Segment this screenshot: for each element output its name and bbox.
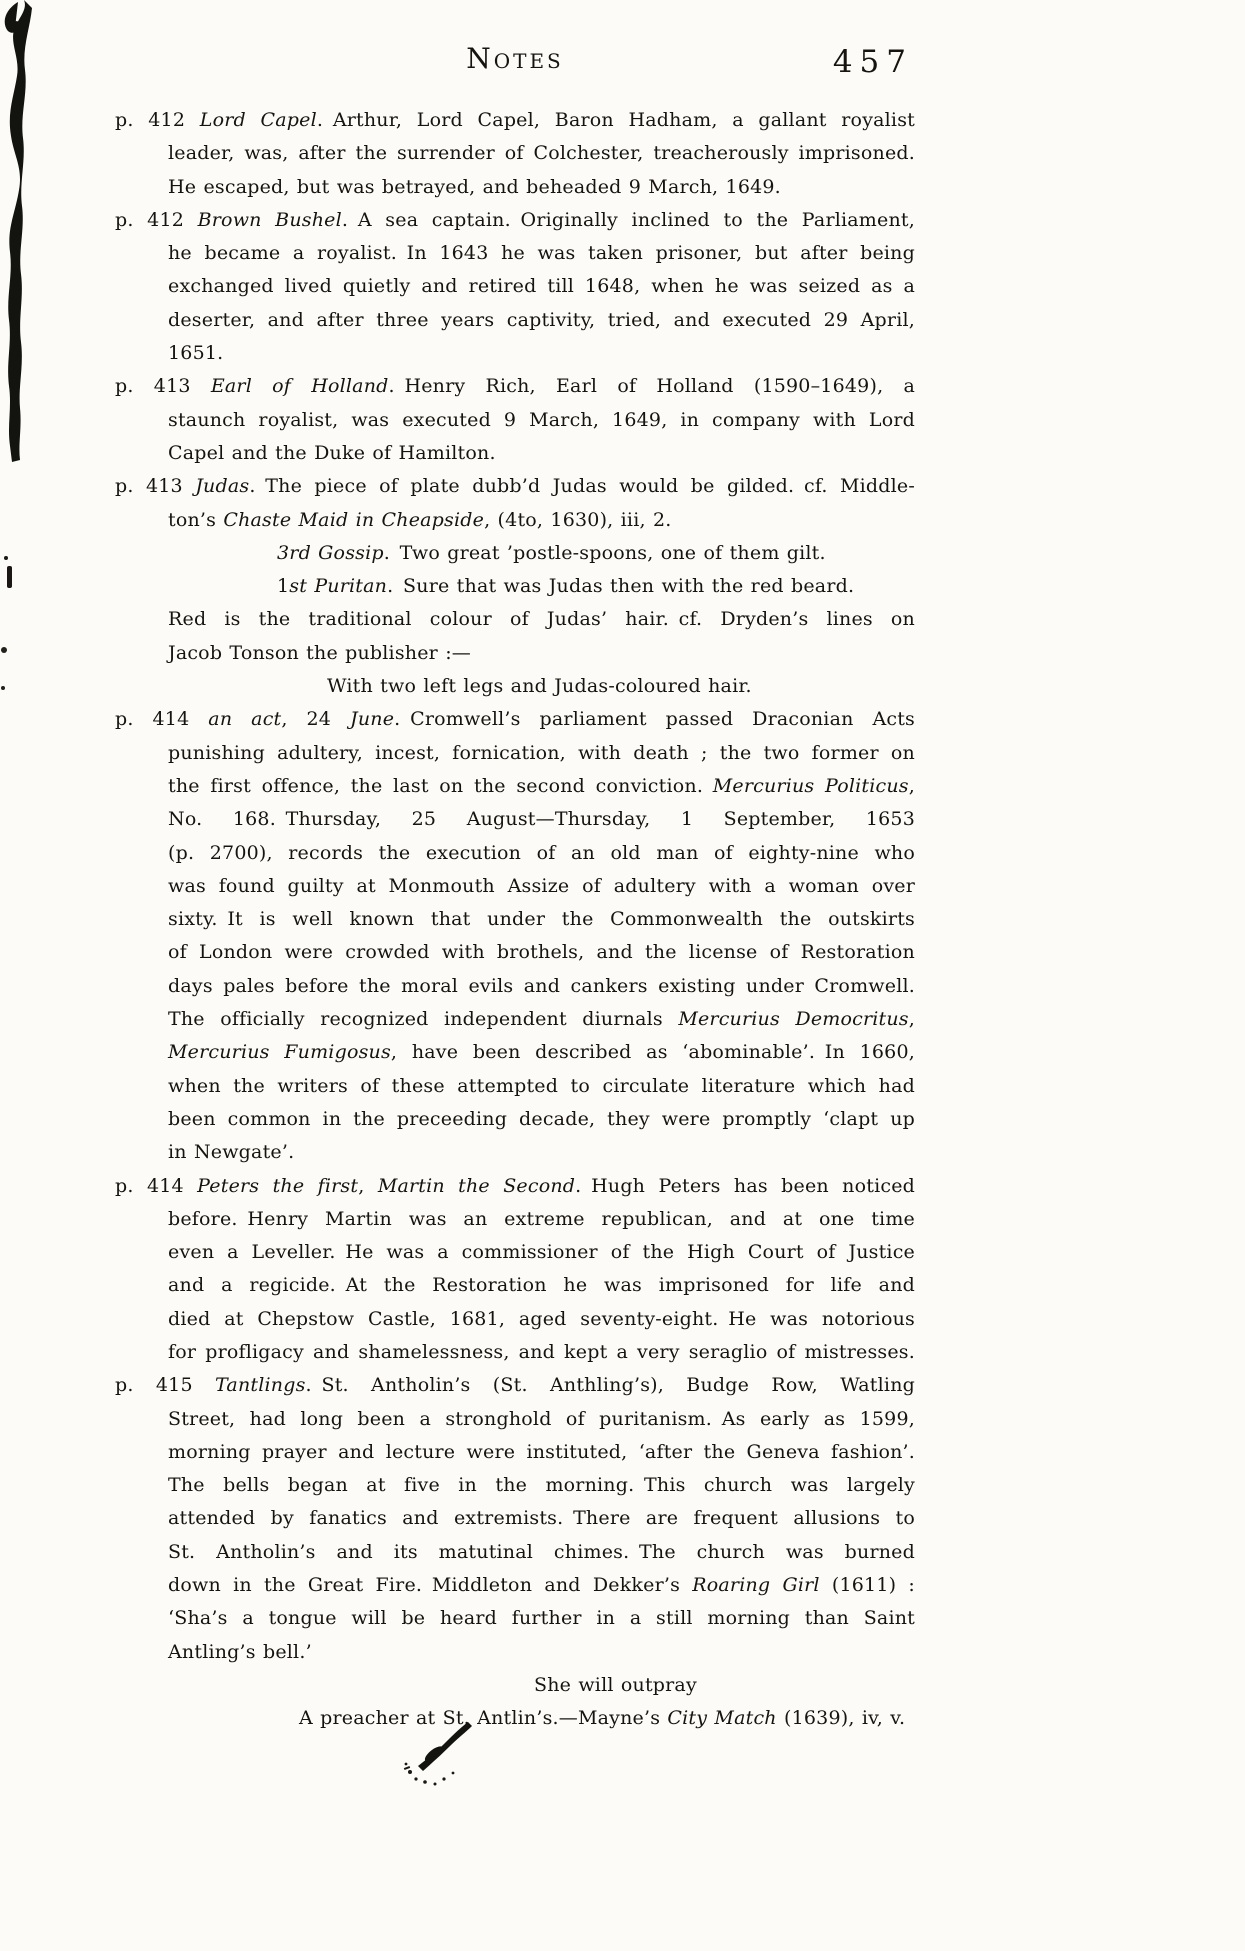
note-line: She will outpray	[115, 1669, 915, 1702]
note-line: p. 414 Peters the first, Martin the Seco…	[115, 1170, 915, 1203]
note-line: Capel and the Duke of Hamilton.	[115, 437, 915, 470]
note-line: exchanged lived quietly and retired till…	[115, 270, 915, 303]
note-line: The officially recognized independent di…	[115, 1003, 915, 1036]
note-line: p. 412 Lord Capel. Arthur, Lord Capel, B…	[115, 104, 915, 137]
book-page: Notes 457 p. 412 Lord Capel. Arthur, Lor…	[0, 0, 1245, 1951]
note-line: A preacher at St. Antlin’s.—Mayne’s City…	[115, 1702, 915, 1735]
note-line: The bells began at five in the morning. …	[115, 1469, 915, 1502]
ink-flourish	[398, 1716, 482, 1792]
page-header: Notes 457	[115, 42, 915, 88]
binding-mark	[0, 0, 40, 700]
note-line: he became a royalist. In 1643 he was tak…	[115, 237, 915, 270]
page-number: 457	[833, 44, 913, 80]
note-line: attended by fanatics and extremists. The…	[115, 1502, 915, 1535]
note-line: p. 413 Earl of Holland. Henry Rich, Earl…	[115, 370, 915, 403]
note-line: for profligacy and shamelessness, and ke…	[115, 1336, 915, 1369]
note-line: Mercurius Fumigosus, have been described…	[115, 1036, 915, 1069]
note-line: p. 413 Judas. The piece of plate dubb’d …	[115, 470, 915, 503]
note-line: down in the Great Fire. Middleton and De…	[115, 1569, 915, 1602]
note-line: days pales before the moral evils and ca…	[115, 970, 915, 1003]
note-line: Jacob Tonson the publisher :—	[115, 637, 915, 670]
note-line: No. 168. Thursday, 25 August—Thursday, 1…	[115, 803, 915, 836]
note-line: deserter, and after three years captivit…	[115, 304, 915, 337]
note-line: Red is the traditional colour of Judas’ …	[115, 603, 915, 636]
note-line: Street, had long been a stronghold of pu…	[115, 1403, 915, 1436]
note-line: 1st Puritan. Sure that was Judas then wi…	[115, 570, 915, 603]
note-line: ton’s Chaste Maid in Cheapside, (4to, 16…	[115, 504, 915, 537]
note-line: ‘Sha’s a tongue will be heard further in…	[115, 1602, 915, 1635]
page-title: Notes	[115, 42, 915, 75]
note-line: p. 412 Brown Bushel. A sea captain. Orig…	[115, 204, 915, 237]
note-line: of London were crowded with brothels, an…	[115, 936, 915, 969]
note-line: punishing adultery, incest, fornication,…	[115, 737, 915, 770]
note-line: He escaped, but was betrayed, and behead…	[115, 171, 915, 204]
note-line: 3rd Gossip. Two great ’postle-spoons, on…	[115, 537, 915, 570]
note-line: (p. 2700), records the execution of an o…	[115, 837, 915, 870]
note-line: was found guilty at Monmouth Assize of a…	[115, 870, 915, 903]
note-line: and a regicide. At the Restoration he wa…	[115, 1269, 915, 1302]
note-line: Antling’s bell.’	[115, 1636, 915, 1669]
note-line: 1651.	[115, 337, 915, 370]
note-line: With two left legs and Judas-coloured ha…	[115, 670, 915, 703]
note-line: when the writers of these attempted to c…	[115, 1070, 915, 1103]
note-line: even a Leveller. He was a commissioner o…	[115, 1236, 915, 1269]
note-line: p. 415 Tantlings. St. Antholin’s (St. An…	[115, 1369, 915, 1402]
note-line: before. Henry Martin was an extreme repu…	[115, 1203, 915, 1236]
note-line: died at Chepstow Castle, 1681, aged seve…	[115, 1303, 915, 1336]
note-line: p. 414 an act, 24 June. Cromwell’s parli…	[115, 703, 915, 736]
notes-body: p. 412 Lord Capel. Arthur, Lord Capel, B…	[115, 104, 915, 1736]
note-line: been common in the preceeding decade, th…	[115, 1103, 915, 1136]
note-line: the first offence, the last on the secon…	[115, 770, 915, 803]
note-line: sixty. It is well known that under the C…	[115, 903, 915, 936]
note-line: in Newgate’.	[115, 1136, 915, 1169]
note-line: St. Antholin’s and its matutinal chimes.…	[115, 1536, 915, 1569]
note-line: morning prayer and lecture were institut…	[115, 1436, 915, 1469]
note-line: leader, was, after the surrender of Colc…	[115, 137, 915, 170]
note-line: staunch royalist, was executed 9 March, …	[115, 404, 915, 437]
